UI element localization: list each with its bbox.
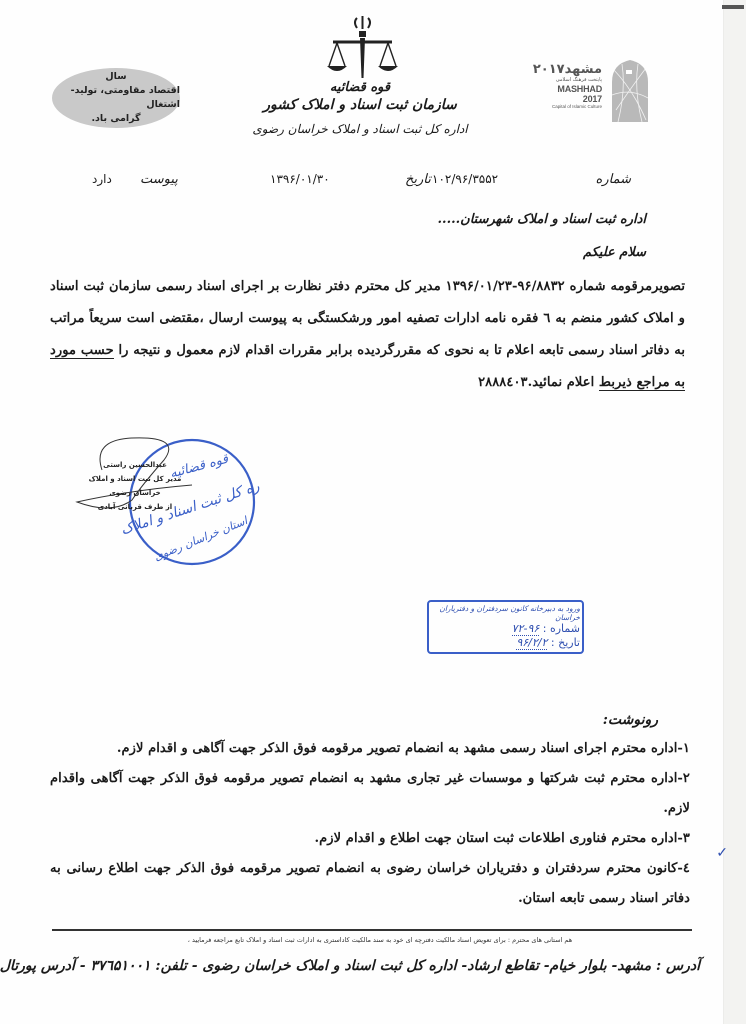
copy-item: ٤-کانون محترم سردفتران و دفتریاران خراسا…: [50, 854, 690, 914]
letter-date: ۱۳۹۶/۰۱/۳۰: [270, 172, 330, 186]
footer-address: آدرس : مشهد- بلوار خیام- تقاطع ارشاد- اد…: [60, 958, 700, 974]
year-slogan-badge: سال اقتصاد مقاومتی، تولید-اشتغال گرامی ب…: [52, 68, 180, 128]
copy-item: ۲-اداره محترم ثبت شرکتها و موسسات غیر تج…: [50, 764, 690, 824]
footer-address-text: آدرس : مشهد- بلوار خیام- تقاطع ارشاد- اد…: [0, 958, 700, 974]
attachment-value: دارد: [92, 172, 112, 186]
received-number-label: شماره :: [543, 622, 580, 635]
footer-divider: [52, 929, 692, 931]
slogan-line-1: سال: [105, 70, 126, 84]
footer-note: هم استانی های محترم : برای تعویض اسناد م…: [100, 936, 660, 944]
scales-of-justice-icon: [325, 14, 400, 84]
scan-edge: [723, 0, 746, 1024]
department-title: اداره کل ثبت اسناد و املاک خراسان رضوی: [250, 122, 470, 136]
check-mark-icon: ✓: [716, 845, 728, 861]
received-stamp-text: ورود به دبیرخانه کانون سردفتران و دفتریا…: [432, 604, 580, 650]
copy-item: ۱-اداره محترم اجرای اسناد رسمی مشهد به ا…: [50, 734, 690, 764]
signer-title: مدیر کل ثبت اسناد و املاک خراسان رضوی: [80, 472, 190, 500]
signer-initials: از طرف قربانی آبادی: [80, 500, 190, 514]
number-label: شماره: [596, 172, 631, 187]
received-number: ۹۶-۷۲: [512, 622, 540, 636]
letter-number: ۱۰۲/۹۶/۳۵۵۲: [432, 172, 498, 186]
salutation: سلام علیکم: [583, 245, 646, 260]
signature-block: عبدالحسین راستی مدیر کل ثبت اسناد و املا…: [80, 458, 190, 514]
mashhad-2017-logo-text: مشهد۲۰۱۷ پایتخت فرهنگ اسلامی MASHHAD 201…: [538, 62, 602, 109]
received-stamp-title: ورود به دبیرخانه کانون سردفتران و دفتریا…: [432, 604, 580, 622]
copies-title: رونوشت:: [603, 712, 658, 728]
body-text-part-1: تصویرمرقومه شماره ۹۶/۸۸۳۲-۱۳۹۶/۰۱/۲۳ مدی…: [50, 279, 685, 358]
copies-list: ۱-اداره محترم اجرای اسناد رسمی مشهد به ا…: [50, 734, 690, 914]
organization-title: سازمان ثبت اسناد و املاک کشور: [250, 97, 470, 113]
received-date: ۹۶/۲/۲: [516, 636, 547, 650]
copy-item: ۳-اداره محترم فناوری اطلاعات ثبت استان ج…: [50, 824, 690, 854]
letter-body: تصویرمرقومه شماره ۹۶/۸۸۳۲-۱۳۹۶/۰۱/۲۳ مدی…: [50, 271, 685, 399]
signer-name: عبدالحسین راستی: [80, 458, 190, 472]
letter-page: سال اقتصاد مقاومتی، تولید-اشتغال گرامی ب…: [0, 0, 746, 1024]
slogan-line-2: اقتصاد مقاومتی، تولید-اشتغال: [52, 84, 180, 112]
received-date-label: تاریخ :: [551, 636, 580, 649]
body-text-part-2: اعلام نمائید.۲۸۸۸٤۰۳: [478, 375, 599, 390]
date-label: تاریخ: [405, 172, 431, 187]
slogan-line-3: گرامی باد.: [91, 112, 140, 126]
attachment-label: پیوست: [140, 172, 178, 187]
addressee: اداره ثبت اسناد و املاک شهرستان.....: [438, 212, 646, 227]
scan-edge-mark: [722, 5, 744, 9]
judiciary-title: قوه قضائیه: [250, 80, 470, 95]
